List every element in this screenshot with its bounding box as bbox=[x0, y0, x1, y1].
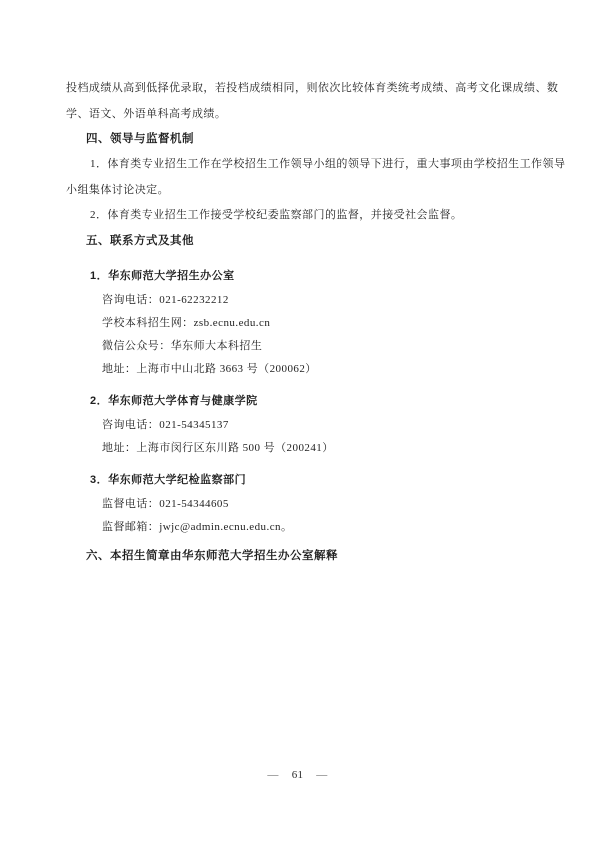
page-body: 投档成绩从高到低择优录取，若投档成绩相同，则依次比较体育类统考成绩、高考文化课成… bbox=[66, 76, 534, 569]
contact-3-title: 3．华东师范大学纪检监察部门 bbox=[66, 468, 534, 493]
contact-3-email: 监督邮箱：jwjc@admin.ecnu.edu.cn。 bbox=[66, 516, 534, 539]
contact-2-phone: 咨询电话：021-54345137 bbox=[66, 414, 534, 437]
page-number: 61 bbox=[292, 769, 304, 781]
section-4-item-1-line-2: 小组集体讨论决定。 bbox=[66, 178, 534, 204]
contact-2-address: 地址：上海市闵行区东川路 500 号（200241） bbox=[66, 437, 534, 460]
contact-1-title: 1．华东师范大学招生办公室 bbox=[66, 264, 534, 289]
section-4-item-1-line-1: 1．体育类专业招生工作在学校招生工作领导小组的领导下进行，重大事项由学校招生工作… bbox=[66, 152, 534, 178]
contact-1-phone: 咨询电话：021-62232212 bbox=[66, 289, 534, 312]
contact-3-phone: 监督电话：021-54344605 bbox=[66, 493, 534, 516]
contact-1-address: 地址：上海市中山北路 3663 号（200062） bbox=[66, 358, 534, 381]
contact-2-title: 2．华东师范大学体育与健康学院 bbox=[66, 389, 534, 414]
paragraph-continuation-line-1: 投档成绩从高到低择优录取，若投档成绩相同，则依次比较体育类统考成绩、高考文化课成… bbox=[66, 76, 534, 102]
page-footer: — 61 — bbox=[0, 769, 595, 781]
section-4-heading: 四、领导与监督机制 bbox=[66, 127, 534, 152]
document-page: 投档成绩从高到低择优录取，若投档成绩相同，则依次比较体育类统考成绩、高考文化课成… bbox=[0, 0, 595, 842]
paragraph-continuation-line-2: 学、语文、外语单科高考成绩。 bbox=[66, 102, 534, 128]
section-4-item-2: 2．体育类专业招生工作接受学校纪委监察部门的监督，并接受社会监督。 bbox=[66, 203, 534, 229]
section-5-heading: 五、联系方式及其他 bbox=[66, 229, 534, 254]
footer-dash-left: — bbox=[267, 769, 278, 781]
footer-dash-right: — bbox=[316, 769, 327, 781]
contact-1-website: 学校本科招生网：zsb.ecnu.edu.cn bbox=[66, 312, 534, 335]
section-6-heading: 六、本招生简章由华东师范大学招生办公室解释 bbox=[66, 544, 534, 569]
contact-1-wechat: 微信公众号：华东师大本科招生 bbox=[66, 335, 534, 358]
